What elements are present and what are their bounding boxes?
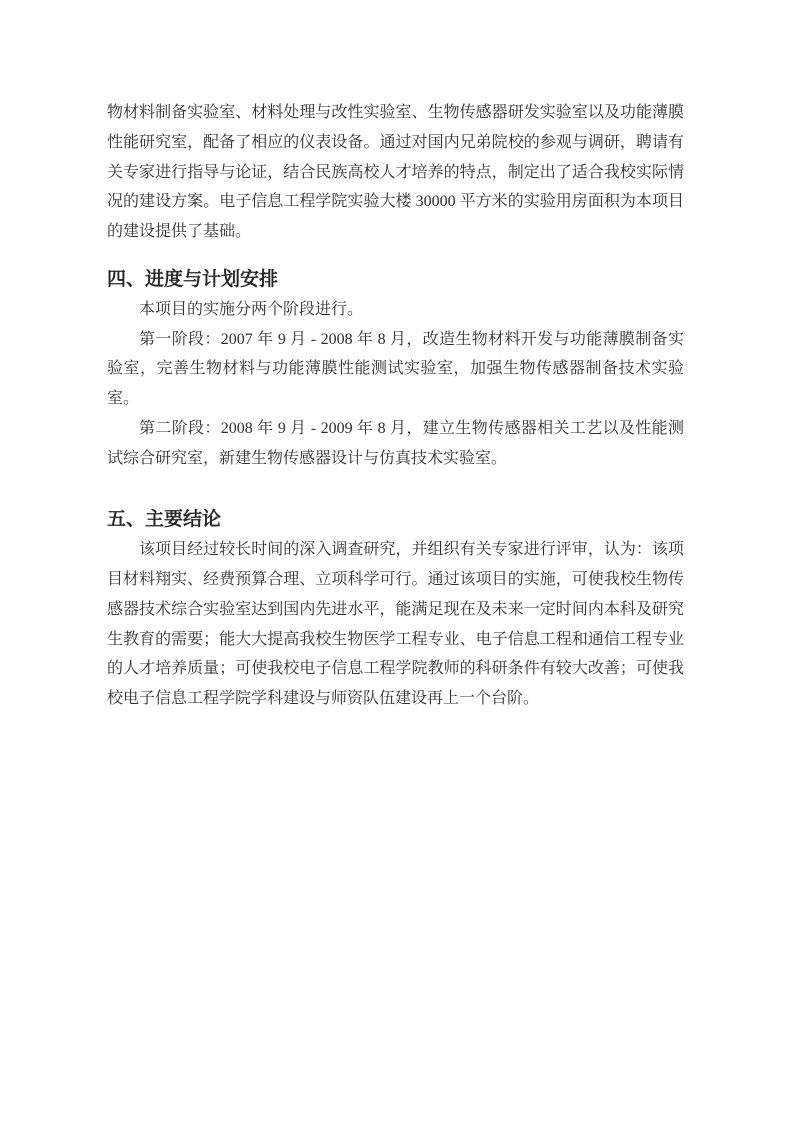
body-paragraph-conclusion: 该项目经过较长时间的深入调查研究，并组织有关专家进行评审，认为：该项目材料翔实、…	[107, 535, 684, 714]
document-page: 物材料制备实验室、材料处理与改性实验室、生物传感器研发实验室以及功能薄膜性能研究…	[0, 0, 793, 1122]
section-heading-progress-plan: 四、进度与计划安排	[107, 265, 684, 295]
body-paragraph-two-phases-intro: 本项目的实施分两个阶段进行。	[107, 295, 684, 325]
section-heading-main-conclusion: 五、主要结论	[107, 505, 684, 535]
body-paragraph-phase-1: 第一阶段：2007 年 9 月 - 2008 年 8 月，改造生物材料开发与功能…	[107, 325, 684, 414]
body-paragraph-facilities-continuation: 物材料制备实验室、材料处理与改性实验室、生物传感器研发实验室以及功能薄膜性能研究…	[107, 98, 684, 247]
body-paragraph-phase-2: 第二阶段：2008 年 9 月 - 2009 年 8 月，建立生物传感器相关工艺…	[107, 414, 684, 474]
